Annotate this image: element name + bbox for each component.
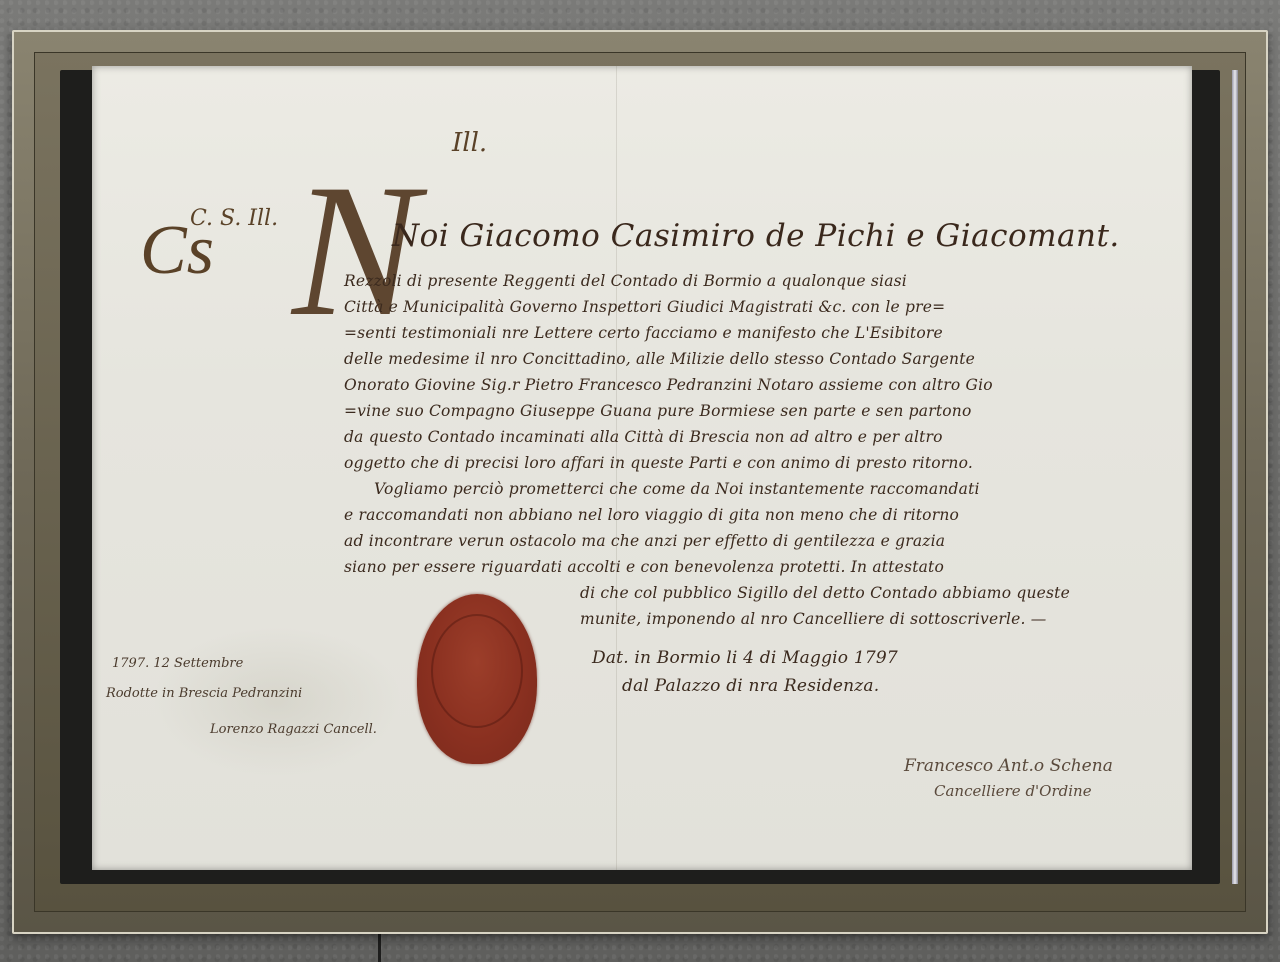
body-line: delle medesime il nro Concittadino, alle…: [344, 350, 975, 368]
body-line: oggetto che di precisi loro affari in qu…: [344, 454, 973, 472]
body-line: =vine suo Compagno Giuseppe Guana pure B…: [344, 402, 972, 420]
seal-impression-ring: [431, 614, 523, 728]
signature-name: Francesco Ant.o Schena: [904, 756, 1113, 776]
body-line: =senti testimoniali nre Lettere certo fa…: [344, 324, 943, 342]
body-line: e raccomandati non abbiano nel loro viag…: [344, 506, 959, 524]
margin-note-line: Lorenzo Ragazzi Cancell.: [210, 722, 377, 737]
frame-silver-edge: [1232, 70, 1238, 884]
body-line: Città e Municipalità Governo Inspettori …: [344, 298, 945, 316]
body-line: di che col pubblico Sigillo del detto Co…: [580, 584, 1070, 602]
body-line: ad incontrare verun ostacolo ma che anzi…: [344, 532, 945, 550]
body-line: Onorato Giovine Sig.r Pietro Francesco P…: [344, 376, 993, 394]
top-flourish-ill: Ill.: [452, 128, 487, 158]
body-line: da questo Contado incaminati alla Città …: [344, 428, 943, 446]
paper-stain: [152, 626, 402, 776]
margin-note-line: 1797. 12 Settembre: [112, 656, 243, 671]
body-line: Vogliamo perciò prometterci che come da …: [374, 480, 980, 498]
body-line: siano per essere riguardati accolti e co…: [344, 558, 944, 576]
red-wax-seal: [417, 594, 537, 764]
dateline-place: dal Palazzo di nra Residenza.: [622, 676, 879, 696]
body-line: munite, imponendo al nro Cancelliere di …: [580, 610, 1046, 628]
margin-note-line: Rodotte in Brescia Pedranzini: [106, 686, 302, 701]
document-heading: Noi Giacomo Casimiro de Pichi e Giacoman…: [392, 218, 1120, 254]
body-line: Rezzoli di presente Reggenti del Contado…: [344, 272, 907, 290]
signature-title: Cancelliere d'Ordine: [934, 782, 1092, 800]
dateline-date: Dat. in Bormio li 4 di Maggio 1797: [592, 648, 898, 668]
left-flourish-ill: C. S. Ill.: [190, 206, 278, 231]
document-paper: Cs C. S. Ill. Ill. N Noi Giacomo Casimir…: [92, 66, 1192, 870]
